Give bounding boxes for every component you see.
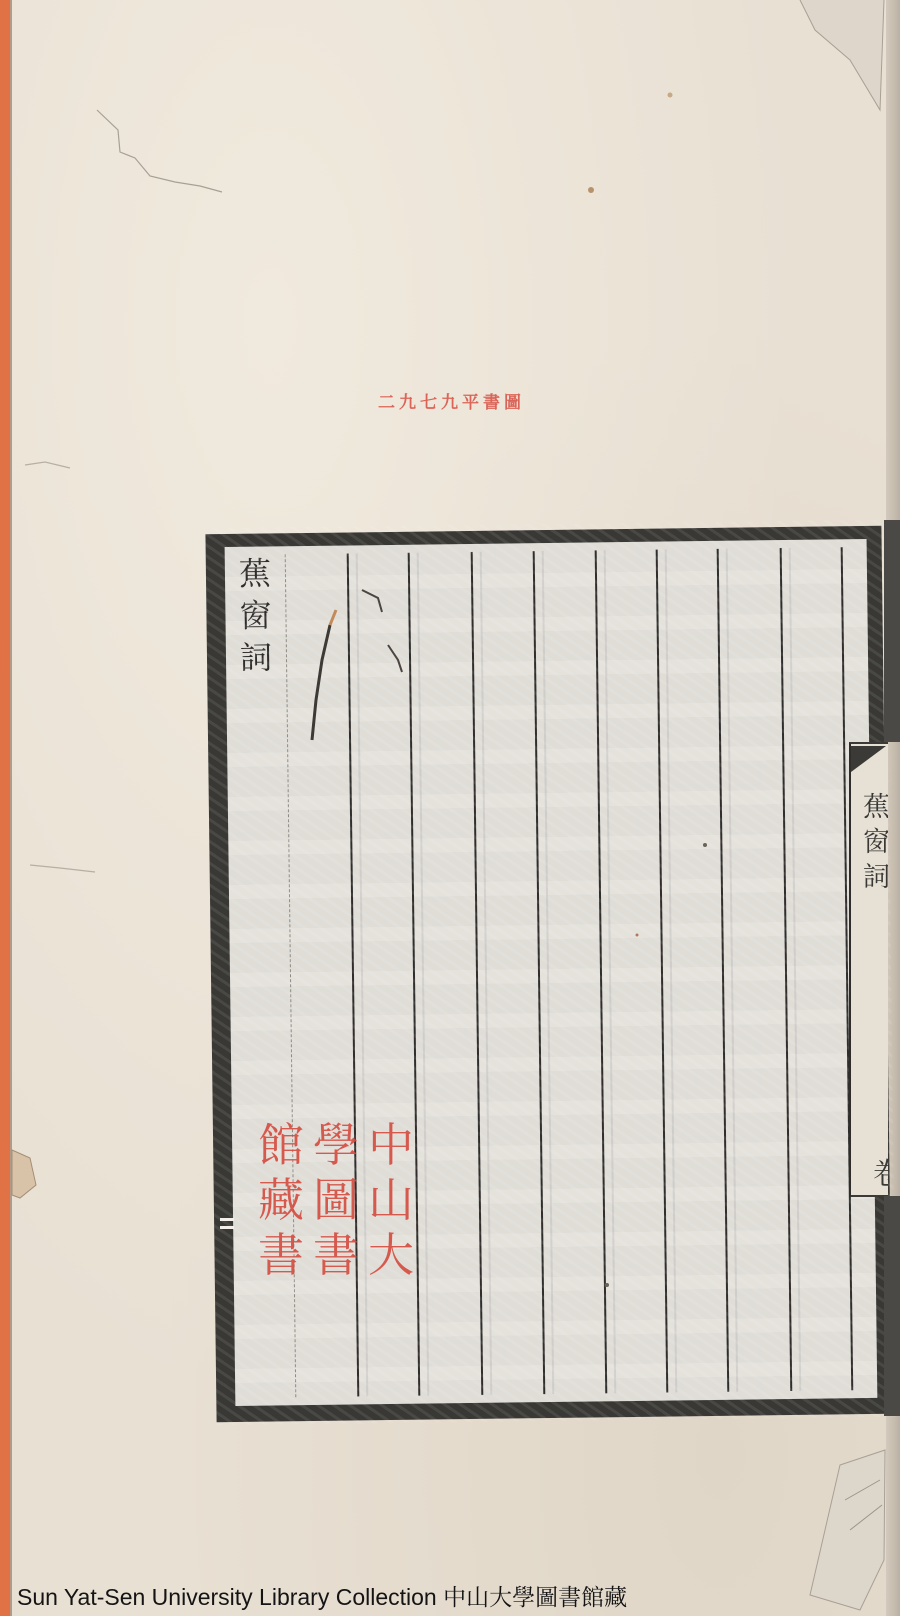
book-title-column: 蕉 窗 詞 xyxy=(235,552,277,678)
binding-strip xyxy=(0,0,10,1616)
border-wear-mark xyxy=(220,1218,234,1221)
seal-char: 藏 xyxy=(258,1173,304,1228)
library-seal: 中 山 大 學 圖 書 館 藏 書 xyxy=(255,1118,417,1284)
seal-char: 書 xyxy=(258,1228,304,1283)
accession-number-stamp: 二九七九平書圖 xyxy=(378,388,525,413)
center-title-char: 詞 xyxy=(863,860,888,895)
seal-char: 館 xyxy=(258,1118,304,1173)
center-title-char: 蕉 xyxy=(863,790,888,825)
binding-strip-edge xyxy=(10,0,12,1616)
title-char: 窗 xyxy=(239,594,272,636)
center-title-char: 窗 xyxy=(863,825,888,860)
seal-char: 圖 xyxy=(313,1173,359,1228)
border-wear-mark xyxy=(220,1226,234,1229)
center-fold-column: 蕉 窗 詞 卷 xyxy=(849,742,888,1197)
seal-column: 中 山 大 xyxy=(365,1118,417,1284)
collection-caption: Sun Yat-Sen University Library Collectio… xyxy=(17,1579,627,1612)
seal-column: 學 圖 書 xyxy=(310,1118,362,1284)
seal-char: 中 xyxy=(368,1118,414,1173)
binding-shadow xyxy=(884,1196,900,1416)
center-fold-title: 蕉 窗 詞 xyxy=(863,790,888,895)
center-fold-rule xyxy=(851,1195,888,1197)
seal-char: 大 xyxy=(368,1228,414,1283)
center-fold-partial-glyph: 卷 xyxy=(873,1149,888,1193)
seal-char: 書 xyxy=(313,1228,359,1283)
title-char: 詞 xyxy=(240,636,273,678)
seal-char: 學 xyxy=(313,1118,359,1173)
title-char: 蕉 xyxy=(239,552,272,594)
seal-char: 山 xyxy=(368,1173,414,1228)
seal-column: 館 藏 書 xyxy=(255,1118,307,1284)
printed-frame: 蕉 窗 詞 xyxy=(205,526,892,1422)
fishtail-mark-icon xyxy=(851,746,886,772)
binding-shadow xyxy=(884,520,900,742)
